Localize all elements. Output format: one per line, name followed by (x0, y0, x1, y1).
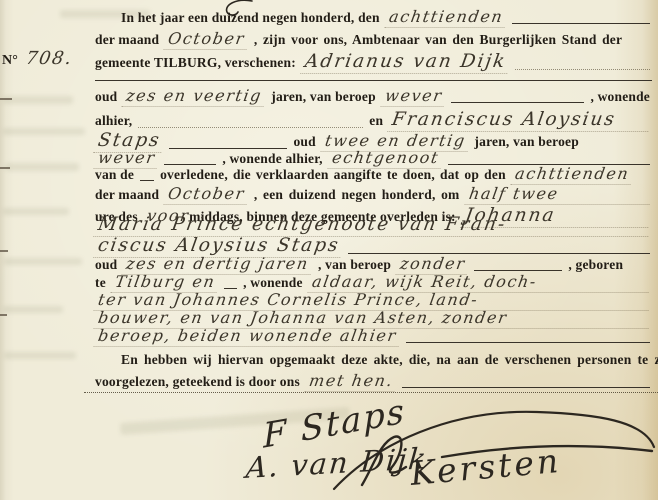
printed-text: , een duizend negen honderd, om (254, 187, 460, 203)
printed-text: oud (95, 257, 117, 273)
blank-dash (140, 161, 154, 181)
blank-line (402, 368, 650, 388)
separator-line (95, 80, 652, 81)
blank-line (164, 145, 216, 165)
handwritten-parents-residence: beroep, beiden wonende alhier (93, 327, 401, 347)
printed-text: , zijn voor ons, Ambtenaar van den Burge… (254, 32, 622, 48)
form-line: In het jaar een duizend negen honderd, d… (95, 8, 650, 28)
blank-line (451, 83, 584, 103)
bleedthrough-mark (4, 352, 76, 359)
printed-text: In het jaar een duizend negen honderd, d… (95, 10, 380, 26)
bleedthrough-mark (3, 128, 85, 135)
printed-text: oud (293, 134, 315, 150)
form-line: En hebben wij hiervan opgemaakt deze akt… (95, 352, 650, 368)
printed-text: gemeente TILBURG, verschenen: (95, 55, 296, 71)
page-edge-mark (0, 250, 8, 252)
printed-text: , wonende (590, 89, 650, 105)
registrar-signature: Kersten (408, 441, 563, 493)
bleedthrough-mark (3, 96, 73, 104)
form-line: der maand October , een duizend negen ho… (95, 185, 650, 205)
death-certificate-page: N° 708. In het jaar een duizend negen ho… (0, 0, 658, 500)
act-number-value: 708. (21, 48, 77, 70)
act-number-label: N° (2, 53, 18, 69)
handwritten-declarant-name: Adrianus van Dijk (300, 51, 511, 74)
printed-text: alhier, (95, 113, 132, 129)
handwritten-month: October (164, 30, 250, 50)
handwritten-death-hour: half twee (464, 185, 652, 205)
form-line: gemeente TILBURG, verschenen: Adrianus v… (95, 51, 650, 74)
blank-line (448, 145, 650, 165)
act-number: N° 708. (2, 48, 76, 70)
bleedthrough-mark (3, 306, 63, 313)
bleedthrough-mark (5, 163, 79, 171)
page-edge-mark (0, 167, 10, 169)
printed-text: te (95, 275, 106, 291)
printed-text: en (369, 113, 383, 129)
separator-dotted-line (84, 392, 658, 393)
form-line: beroep, beiden wonende alhier (95, 327, 650, 347)
printed-text: , wonende (243, 275, 303, 291)
page-edge-mark (0, 314, 7, 316)
form-line: van de overledene, die verklaarden aangi… (95, 165, 650, 185)
blank-line (474, 251, 562, 271)
blank-line (406, 323, 650, 343)
blank-line (512, 4, 650, 24)
signature-flourish (362, 437, 406, 485)
signature-registrar-group: Kersten (322, 395, 658, 498)
handwritten-signed-with: met hen. (304, 372, 397, 392)
bleedthrough-mark (3, 208, 69, 215)
printed-text: , geboren (568, 257, 623, 273)
printed-text: van de (95, 167, 134, 183)
printed-text: voorgelezen, geteekend is door ons (95, 374, 300, 390)
bleedthrough-mark (4, 258, 82, 265)
printed-text: oud (95, 89, 117, 105)
printed-text: En hebben wij hiervan opgemaakt deze akt… (95, 352, 658, 368)
printed-text: , van beroep (318, 257, 391, 273)
handwritten-death-month: October (164, 185, 250, 205)
form-line: voorgelezen, geteekend is door ons met h… (95, 372, 650, 392)
handwritten-day: achttienden (384, 8, 507, 28)
printed-text: jaren, van beroep (271, 89, 376, 105)
handwritten-death-day: achttienden (510, 165, 633, 185)
handwritten-occupation: wever (380, 87, 447, 107)
blank-line (515, 47, 650, 70)
printed-text: overledene, die verklaarden aangifte te … (160, 167, 506, 183)
blank-line (138, 105, 363, 128)
printed-text: der maand (95, 32, 159, 48)
handwritten-declarant2-name: Franciscus Aloysius (387, 109, 651, 132)
blank-dash (224, 269, 237, 289)
page-edge-mark (0, 98, 12, 100)
printed-text: der maand (95, 187, 159, 203)
